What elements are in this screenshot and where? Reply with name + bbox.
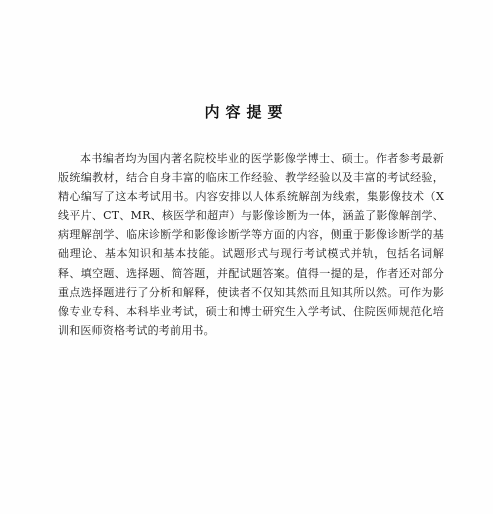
summary-paragraph: 本书编者均为国内著名院校毕业的医学影像学博士、硕士。作者参考最新版统编教材，结合… (58, 149, 444, 340)
page-title: 内容提要 (0, 101, 493, 122)
document-page: 内容提要 本书编者均为国内著名院校毕业的医学影像学博士、硕士。作者参考最新版统编… (0, 0, 493, 514)
